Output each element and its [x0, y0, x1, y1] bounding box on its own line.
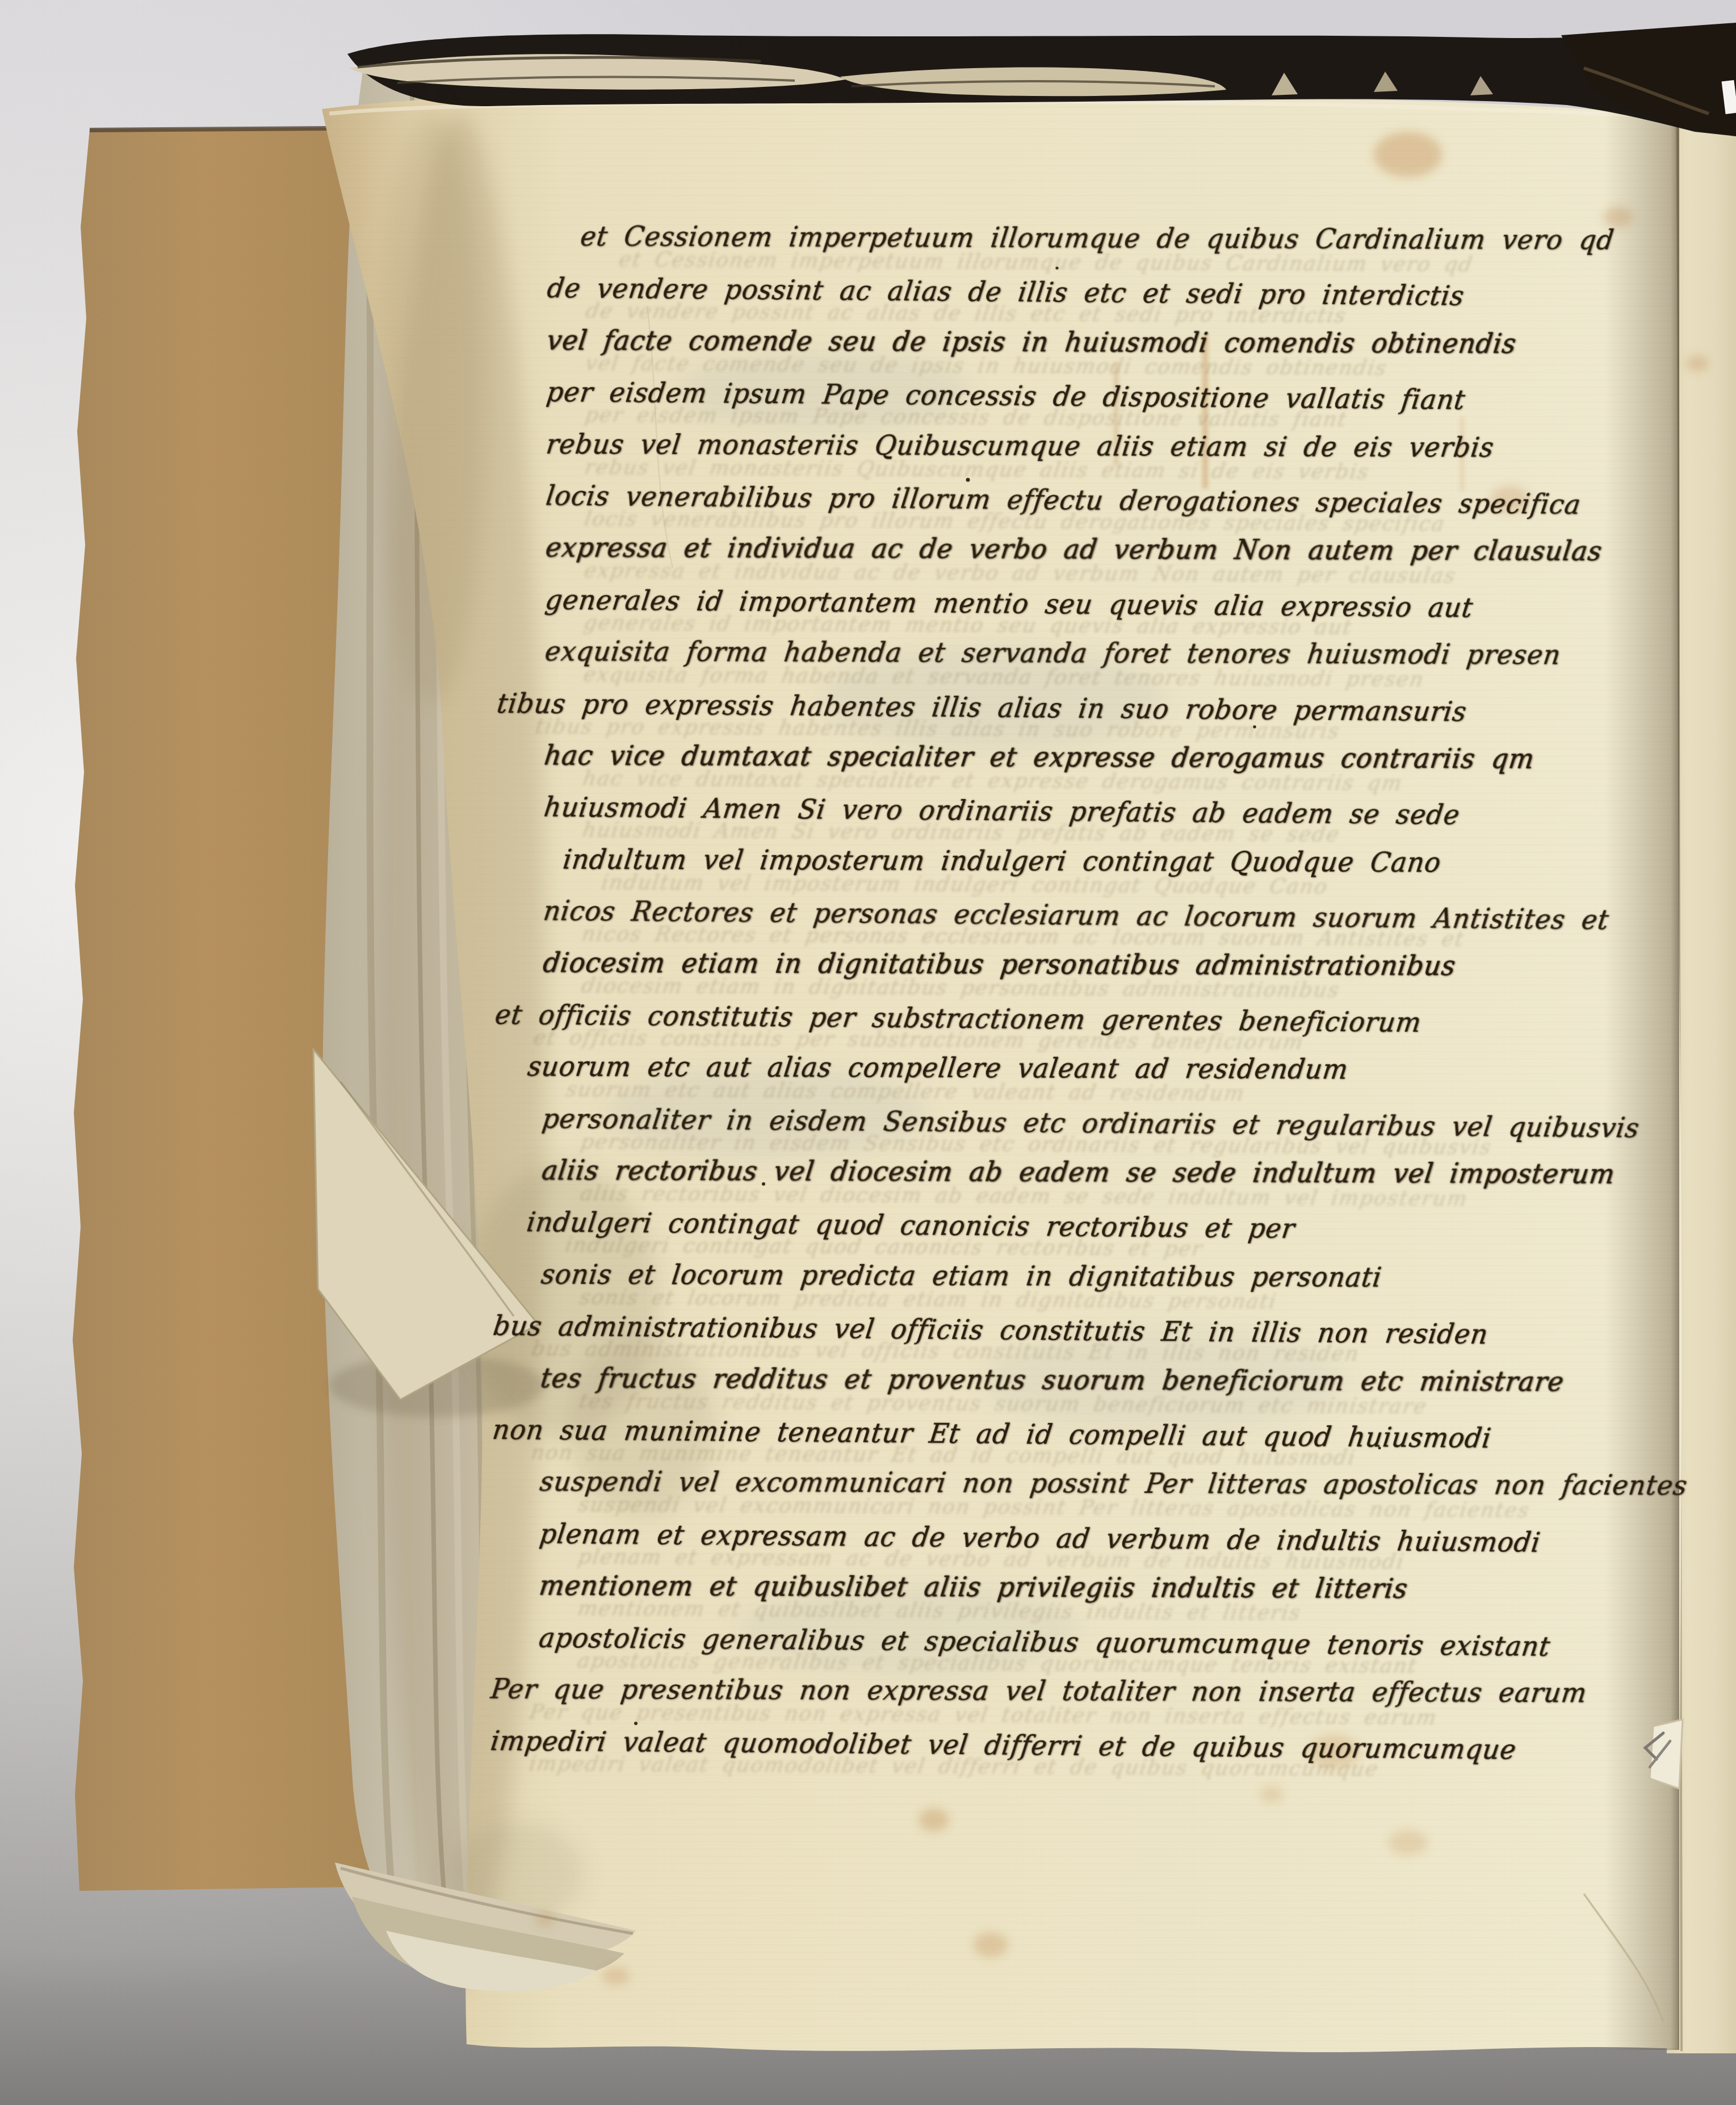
- manuscript-line-text: expressa et individua ac de verbo ad ver…: [544, 534, 1603, 566]
- gutter-shadow-upper: [378, 114, 485, 704]
- manuscript-line: rebus vel monasteriis Quibuscumque aliis…: [544, 430, 1498, 488]
- manuscript-line-text: diocesim etiam in dignitatibus personati…: [542, 949, 1457, 980]
- manuscript-line: nicos Rectores et personas ecclesiarum a…: [542, 898, 1495, 956]
- manuscript-line: personaliter in eisdem Sensibus etc ordi…: [540, 1105, 1494, 1163]
- manuscript-line: plenam et expressam ac de verbo ad verbu…: [538, 1520, 1491, 1578]
- manuscript-line: exquisita forma habenda et servanda fore…: [543, 638, 1496, 696]
- manuscript-line: diocesim etiam in dignitatibus personati…: [542, 949, 1495, 1007]
- manuscript-line-text: aliis rectoribus vel diocesim ab eadem s…: [540, 1157, 1617, 1188]
- manuscript-line-text: suorum etc aut alias compellere valeant …: [526, 1053, 1350, 1083]
- manuscript-line-text: vel facte comende seu de ipsis in huiusm…: [546, 327, 1518, 357]
- manuscript-line: locis venerabilibus pro illorum effectu …: [544, 482, 1498, 540]
- manuscript-line: suspendi vel excommunicari non possint P…: [538, 1468, 1491, 1526]
- manuscript-line-text: tibus pro expressis habentes illis alias…: [496, 690, 1469, 726]
- manuscript-line-text: per eisdem ipsum Pape concessis de dispo…: [545, 379, 1467, 414]
- manuscript-line-text: et officiis constitutis per substraction…: [493, 1001, 1423, 1036]
- manuscript-line: hac vice dumtaxat specialiter et express…: [543, 742, 1496, 800]
- manuscript-line: huiusmodi Amen Si vero ordinariis prefat…: [542, 794, 1495, 852]
- manuscript-line-text: huiusmodi Amen Si vero ordinariis prefat…: [543, 794, 1462, 829]
- manuscript-line-text: rebus vel monasteriis Quibuscumque aliis…: [544, 430, 1495, 461]
- manuscript-line-text: et Cessionem imperpetuum illorumque de q…: [579, 223, 1616, 254]
- manuscript-line-text: Per que presentibus non expressa vel tot…: [489, 1676, 1588, 1707]
- manuscript-line: suorum etc aut alias compellere valeant …: [526, 1053, 1494, 1111]
- manuscript-line-text: indultum vel imposterum indulgeri contin…: [561, 846, 1443, 876]
- manuscript-line-text: bus administrationibus vel officiis cons…: [492, 1312, 1490, 1348]
- manuscript-line-text: plenam et expressam ac de verbo ad verbu…: [538, 1520, 1542, 1556]
- manuscript-line: de vendere possint ac alias de illis etc…: [546, 275, 1499, 333]
- manuscript-line: per eisdem ipsum Pape concessis de dispo…: [545, 379, 1498, 437]
- manuscript-line-text: hac vice dumtaxat specialiter et express…: [543, 742, 1536, 772]
- manuscript-line-text: apostolicis generalibus et specialibus q…: [538, 1624, 1552, 1660]
- manuscript-line: Per que presentibus non expressa vel tot…: [489, 1676, 1490, 1734]
- manuscript-line: bus administrationibus vel officiis cons…: [492, 1312, 1492, 1370]
- manuscript-line: impediri valeat quomodolibet vel differr…: [489, 1727, 1490, 1785]
- manuscript-line-text: exquisita forma habenda et servanda fore…: [543, 638, 1562, 669]
- manuscript-line: vel facte comende seu de ipsis in huiusm…: [545, 327, 1498, 384]
- manuscript-line: indulgeri contingat quod canonicis recto…: [525, 1209, 1493, 1267]
- manuscript-line: sonis et locorum predicta etiam in digni…: [539, 1261, 1492, 1319]
- manuscript-line-text: sonis et locorum predicta etiam in digni…: [540, 1261, 1383, 1291]
- manuscript-line-text: de vendere possint ac alias de illis etc…: [546, 275, 1466, 310]
- manuscript-line: expressa et individua ac de verbo ad ver…: [544, 534, 1497, 592]
- manuscript-line-text: mentionem et quibuslibet aliis privilegi…: [538, 1572, 1409, 1602]
- manuscript-line-text: locis venerabilibus pro illorum effectu …: [544, 482, 1583, 518]
- manuscript-line: apostolicis generalibus et specialibus q…: [537, 1624, 1490, 1682]
- manuscript-line-text: generales id importantem mentio seu quev…: [544, 586, 1475, 621]
- manuscript-line: aliis rectoribus vel diocesim ab eadem s…: [540, 1157, 1493, 1215]
- manuscript-line-text: tes fructus redditus et proventus suorum…: [539, 1365, 1565, 1395]
- manuscript-line: indultum vel imposterum indulgeri contin…: [561, 846, 1495, 903]
- manuscript-scan: et Cessionem imperpetuum illorumque de q…: [0, 0, 1736, 2105]
- manuscript-line: et officiis constitutis per substraction…: [493, 1001, 1494, 1059]
- manuscript-line: mentionem et quibuslibet aliis privilegi…: [538, 1572, 1491, 1630]
- manuscript-line-text: indulgeri contingat quod canonicis recto…: [525, 1209, 1297, 1243]
- manuscript-line: tes fructus redditus et proventus suorum…: [539, 1365, 1492, 1422]
- manuscript-line: generales id importantem mentio seu quev…: [544, 586, 1497, 644]
- manuscript-line: et Cessionem imperpetuum illorumque de q…: [578, 223, 1499, 281]
- text-block: et Cessionem imperpetuum illorumque de q…: [489, 223, 1499, 1785]
- manuscript-line: non sua munimine teneantur Et ad id comp…: [491, 1416, 1492, 1474]
- manuscript-line-text: non sua munimine teneantur Et ad id comp…: [491, 1416, 1493, 1452]
- manuscript-line-text: suspendi vel excommunicari non possint P…: [538, 1468, 1689, 1500]
- manuscript-line: tibus pro expressis habentes illis alias…: [495, 690, 1496, 748]
